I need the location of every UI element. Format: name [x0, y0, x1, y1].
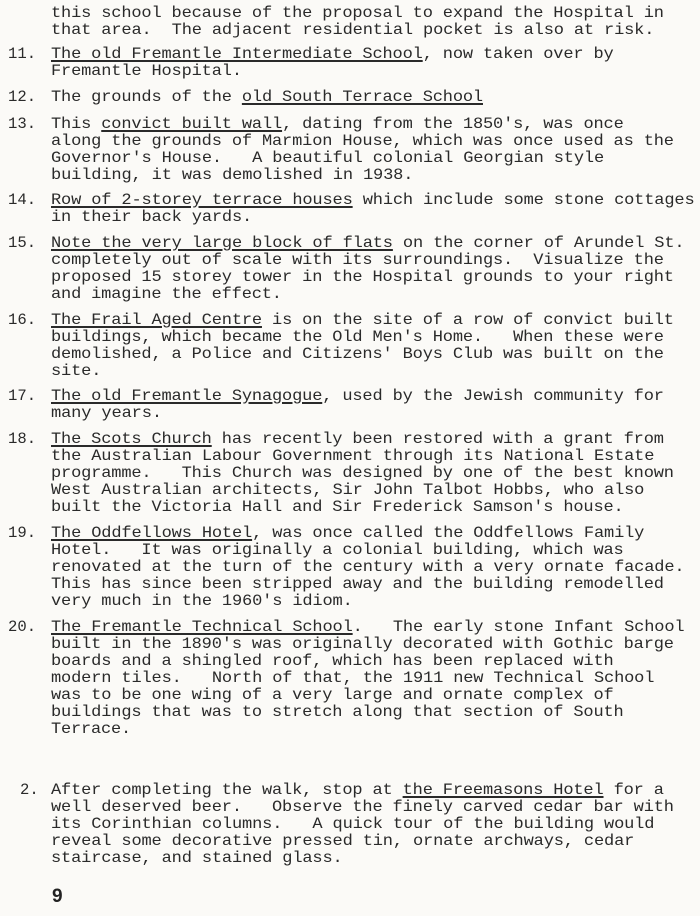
text-run: has recently been restored with a grant …	[212, 430, 664, 448]
item-number: 17.	[8, 388, 36, 405]
underlined-place-name: The old Fremantle Intermediate School	[51, 45, 423, 63]
text-run: West Australian architects, Sir John Tal…	[51, 481, 644, 499]
text-run: for a	[604, 781, 664, 799]
item-line: proposed 15 storey tower in the Hospital…	[51, 269, 674, 286]
item-line: The Oddfellows Hotel, was once called th…	[51, 525, 644, 542]
closing-line: reveal some decorative pressed tin, orna…	[51, 833, 634, 850]
text-run: , dating from the 1850's, was once	[282, 115, 624, 133]
closing-line: staircase, and stained glass.	[51, 850, 343, 867]
text-run: The grounds of the	[51, 88, 242, 106]
page-number: 9	[52, 886, 63, 908]
item-line: buildings, which became the Old Men's Ho…	[51, 329, 664, 346]
item-line: boards and a shingled roof, which has be…	[51, 653, 614, 670]
underlined-place-name: the Freemasons Hotel	[403, 781, 604, 799]
item-line: Terrace.	[51, 721, 131, 738]
underlined-place-name: convict built wall	[101, 115, 282, 133]
item-line: programme. This Church was designed by o…	[51, 465, 674, 482]
text-run: Hotel. It was originally a colonial buil…	[51, 541, 624, 559]
item-line: modern tiles. North of that, the 1911 ne…	[51, 670, 654, 687]
text-run: the Australian Labour Government through…	[51, 447, 654, 465]
text-run: renovated at the turn of the century wit…	[51, 558, 684, 576]
text-run: boards and a shingled roof, which has be…	[51, 652, 614, 670]
underlined-place-name: The Fremantle Technical School	[51, 618, 353, 636]
text-run: built in the 1890's was originally decor…	[51, 635, 674, 653]
underlined-place-name: The old Fremantle Synagogue	[51, 387, 322, 405]
text-run: This has since been stripped away and th…	[51, 575, 664, 593]
text-run: This	[51, 115, 101, 133]
item-line: Note the very large block of flats on th…	[51, 235, 684, 252]
text-run: on the corner of Arundel St.	[393, 234, 685, 252]
text-run: buildings, which became the Old Men's Ho…	[51, 328, 664, 346]
closing-number: 2.	[20, 782, 39, 799]
text-run: and imagine the effect.	[51, 285, 282, 303]
text-run: that area. The adjacent residential pock…	[51, 21, 654, 39]
item-line: West Australian architects, Sir John Tal…	[51, 482, 644, 499]
item-line: in their back yards.	[51, 209, 252, 226]
text-run: which include some stone cottages	[353, 191, 695, 209]
item-line: and imagine the effect.	[51, 286, 282, 303]
underlined-place-name: Row of 2-storey terrace houses	[51, 191, 353, 209]
text-run: was to be one wing of a very large and o…	[51, 686, 614, 704]
item-number: 19.	[8, 525, 36, 542]
text-run: site.	[51, 362, 101, 380]
closing-line: its Corinthian columns. A quick tour of …	[51, 816, 654, 833]
item-number: 18.	[8, 431, 36, 448]
item-line: buildings that was to stretch along that…	[51, 704, 624, 721]
text-run: , now taken over by	[423, 45, 614, 63]
document-page: this school because of the proposal to e…	[0, 0, 700, 916]
item-line: The Frail Aged Centre is on the site of …	[51, 312, 674, 329]
item-line: the Australian Labour Government through…	[51, 448, 654, 465]
item-line: The grounds of the old South Terrace Sch…	[51, 89, 483, 106]
underlined-place-name: The Oddfellows Hotel	[51, 524, 252, 542]
text-run: programme. This Church was designed by o…	[51, 464, 674, 482]
item-line: was to be one wing of a very large and o…	[51, 687, 614, 704]
item-line: The old Fremantle Synagogue, used by the…	[51, 388, 664, 405]
item-line: Governor's House. A beautiful colonial G…	[51, 150, 604, 167]
text-run: demolished, a Police and Citizens' Boys …	[51, 345, 664, 363]
text-run: buildings that was to stretch along that…	[51, 703, 624, 721]
item-line: built the Victoria Hall and Sir Frederic…	[51, 499, 624, 516]
item-line: many years.	[51, 405, 162, 422]
text-run: , used by the Jewish community for	[322, 387, 664, 405]
closing-line: well deserved beer. Observe the finely c…	[51, 799, 674, 816]
text-run: completely out of scale with its surroun…	[51, 251, 664, 269]
text-run: in their back yards.	[51, 208, 252, 226]
text-run: built the Victoria Hall and Sir Frederic…	[51, 498, 624, 516]
underlined-place-name: The Scots Church	[51, 430, 212, 448]
item-line: Fremantle Hospital.	[51, 63, 242, 80]
text-run: is on the site of a row of convict built	[262, 311, 674, 329]
item-line: along the grounds of Marmion House, whic…	[51, 133, 674, 150]
item-number: 20.	[8, 619, 36, 636]
text-run: well deserved beer. Observe the finely c…	[51, 798, 674, 816]
text-run: this school because of the proposal to e…	[51, 4, 664, 22]
item-line: building, it was demolished in 1938.	[51, 167, 413, 184]
text-run: modern tiles. North of that, the 1911 ne…	[51, 669, 654, 687]
item-number: 11.	[8, 46, 36, 63]
item-line: The Scots Church has recently been resto…	[51, 431, 664, 448]
item-line: demolished, a Police and Citizens' Boys …	[51, 346, 664, 363]
item-line: site.	[51, 363, 101, 380]
text-run: staircase, and stained glass.	[51, 849, 343, 867]
item-number: 13.	[8, 116, 36, 133]
underlined-place-name: The Frail Aged Centre	[51, 311, 262, 329]
intro-line: this school because of the proposal to e…	[51, 5, 664, 22]
text-run: Fremantle Hospital.	[51, 62, 242, 80]
item-line: built in the 1890's was originally decor…	[51, 636, 674, 653]
text-run: Governor's House. A beautiful colonial G…	[51, 149, 604, 167]
item-line: Row of 2-storey terrace houses which inc…	[51, 192, 695, 209]
text-run: very much in the 1960's idiom.	[51, 592, 353, 610]
item-number: 14.	[8, 192, 36, 209]
closing-line: After completing the walk, stop at the F…	[51, 782, 664, 799]
underlined-place-name: old South Terrace School	[242, 88, 483, 106]
text-run: along the grounds of Marmion House, whic…	[51, 132, 674, 150]
item-line: This convict built wall, dating from the…	[51, 116, 624, 133]
text-run: Terrace.	[51, 720, 131, 738]
item-line: The Fremantle Technical School. The earl…	[51, 619, 684, 636]
item-line: The old Fremantle Intermediate School, n…	[51, 46, 614, 63]
item-number: 16.	[8, 312, 36, 329]
item-number: 15.	[8, 235, 36, 252]
text-run: its Corinthian columns. A quick tour of …	[51, 815, 654, 833]
underlined-place-name: Note the very large block of flats	[51, 234, 393, 252]
text-run: After completing the walk, stop at	[51, 781, 403, 799]
text-run: , was once called the Oddfellows Family	[252, 524, 644, 542]
text-run: proposed 15 storey tower in the Hospital…	[51, 268, 674, 286]
item-line: very much in the 1960's idiom.	[51, 593, 353, 610]
text-run: many years.	[51, 404, 162, 422]
item-line: renovated at the turn of the century wit…	[51, 559, 684, 576]
text-run: reveal some decorative pressed tin, orna…	[51, 832, 634, 850]
item-number: 12.	[8, 89, 36, 106]
item-line: Hotel. It was originally a colonial buil…	[51, 542, 624, 559]
item-line: This has since been stripped away and th…	[51, 576, 664, 593]
text-run: . The early stone Infant School	[353, 618, 685, 636]
text-run: building, it was demolished in 1938.	[51, 166, 413, 184]
intro-line: that area. The adjacent residential pock…	[51, 22, 654, 39]
item-line: completely out of scale with its surroun…	[51, 252, 664, 269]
